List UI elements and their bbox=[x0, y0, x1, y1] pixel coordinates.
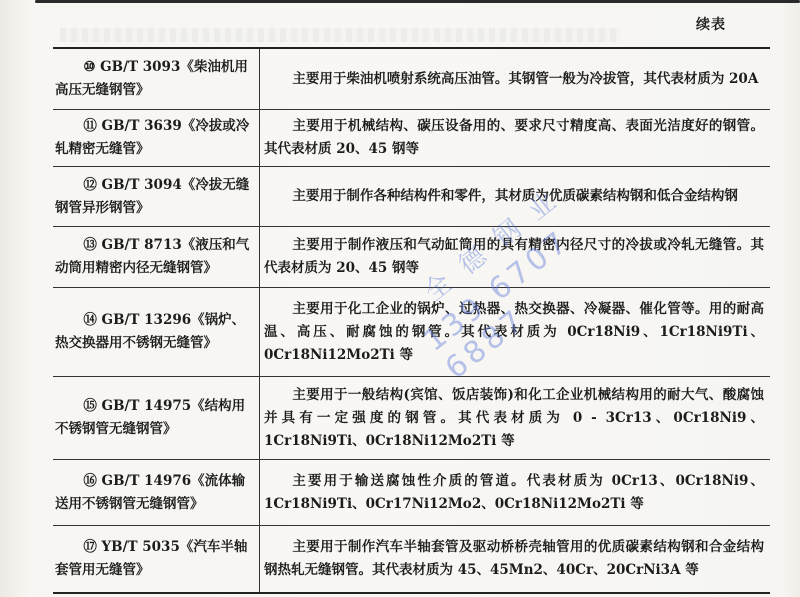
steel-pipe-standards-table: ⑩ GB/T 3093《柴油机用高压无缝钢管》 主要用于柴油机喷射系统高压油管。… bbox=[53, 47, 770, 594]
page-top-edge-line bbox=[35, 0, 800, 3]
continued-table-label: 续表 bbox=[696, 14, 726, 34]
table-row: ⑰ YB/T 5035《汽车半轴套管用无缝管》 主要用于制作汽车半轴套管及驱动桥… bbox=[53, 526, 770, 592]
standard-cell: ⑰ YB/T 5035《汽车半轴套管用无缝管》 bbox=[53, 526, 260, 592]
standard-cell: ⑬ GB/T 8713《液压和气动筒用精密内径无缝钢管》 bbox=[53, 227, 260, 287]
bleed-through-text bbox=[60, 28, 620, 42]
description-cell: 主要用于制作各种结构件和零件，其材质为优质碳素结构钢和低合金结构钢 bbox=[260, 167, 770, 226]
table-row: ⑯ GB/T 14976《流体输送用不锈钢管无缝钢管》 主要用于输送腐蚀性介质的… bbox=[53, 460, 770, 526]
standard-cell: ⑪ GB/T 3639《冷拔或冷轧精密无缝管》 bbox=[53, 110, 260, 166]
description-cell: 主要用于一般结构(宾馆、饭店装饰)和化工企业机械结构用的耐大气、酸腐蚀并具有一定… bbox=[260, 377, 770, 459]
table-row: ⑭ GB/T 13296《锅炉、热交换器用不锈钢无缝管》 主要用于化工企业的锅炉… bbox=[53, 288, 770, 377]
table-row: ⑪ GB/T 3639《冷拔或冷轧精密无缝管》 主要用于机械结构、碳压设备用的、… bbox=[53, 110, 770, 167]
table-row: ⑮ GB/T 14975《结构用不锈钢管无缝钢管》 主要用于一般结构(宾馆、饭店… bbox=[53, 377, 770, 460]
description-cell: 主要用于制作汽车半轴套管及驱动桥桥壳轴管用的优质碳素结构钢和合金结构钢热轧无缝钢… bbox=[260, 526, 770, 592]
standard-cell: ⑩ GB/T 3093《柴油机用高压无缝钢管》 bbox=[53, 49, 260, 109]
table-row: ⑫ GB/T 3094《冷拔无缝钢管异形钢管》 主要用于制作各种结构件和零件，其… bbox=[53, 167, 770, 227]
description-cell: 主要用于制作液压和气动缸筒用的具有精密内径尺寸的冷拔或冷轧无缝管。其代表材质为 … bbox=[260, 227, 770, 287]
description-cell: 主要用于化工企业的锅炉、过热器、热交换器、冷凝器、催化管等。用的耐高温、高压、耐… bbox=[260, 288, 770, 376]
standard-cell: ⑫ GB/T 3094《冷拔无缝钢管异形钢管》 bbox=[53, 167, 260, 226]
table-row: ⑬ GB/T 8713《液压和气动筒用精密内径无缝钢管》 主要用于制作液压和气动… bbox=[53, 227, 770, 288]
standard-cell: ⑭ GB/T 13296《锅炉、热交换器用不锈钢无缝管》 bbox=[53, 288, 260, 376]
table-row: ⑩ GB/T 3093《柴油机用高压无缝钢管》 主要用于柴油机喷射系统高压油管。… bbox=[53, 49, 770, 110]
document-page: 续表 ⑩ GB/T 3093《柴油机用高压无缝钢管》 主要用于柴油机喷射系统高压… bbox=[0, 0, 800, 597]
description-cell: 主要用于输送腐蚀性介质的管道。代表材质为 0Cr13、0Cr18Ni9、1Cr1… bbox=[260, 460, 770, 525]
description-cell: 主要用于机械结构、碳压设备用的、要求尺寸精度高、表面光洁度好的钢管。其代表材质 … bbox=[260, 110, 770, 166]
standard-cell: ⑮ GB/T 14975《结构用不锈钢管无缝钢管》 bbox=[53, 377, 260, 459]
description-cell: 主要用于柴油机喷射系统高压油管。其钢管一般为冷拔管，其代表材质为 20A bbox=[260, 49, 770, 109]
standard-cell: ⑯ GB/T 14976《流体输送用不锈钢管无缝钢管》 bbox=[53, 460, 260, 525]
